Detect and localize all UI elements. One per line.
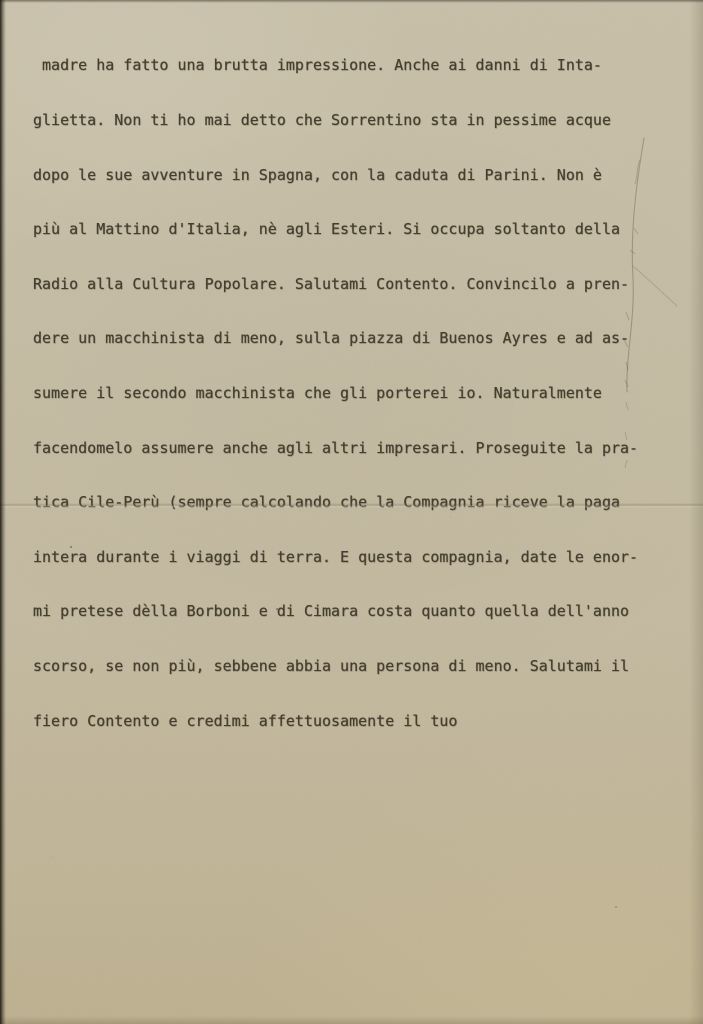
typed-line: glietta. Non ti ho mai detto che Sorrent… bbox=[33, 111, 638, 129]
typed-line: facendomelo assumere anche agli altri im… bbox=[33, 439, 638, 457]
typed-line: fiero Contento e credimi affettuosamente… bbox=[33, 712, 638, 730]
typed-line: scorso, se non più, sebbene abbia una pe… bbox=[33, 657, 638, 675]
typed-line: mi pretese dèlla Borboni e di Cimara cos… bbox=[33, 602, 638, 620]
paper-specks bbox=[70, 546, 72, 548]
letter-page: madre ha fatto una brutta impressione. A… bbox=[0, 0, 703, 1024]
horizontal-fold-crease bbox=[0, 503, 703, 508]
typewritten-text-block: madre ha fatto una brutta impressione. A… bbox=[33, 20, 638, 766]
paper-right-edge-shading bbox=[689, 0, 703, 1024]
paper-bottom-edge-shading bbox=[0, 1016, 703, 1024]
typed-line: Radio alla Cultura Popolare. Salutami Co… bbox=[33, 275, 638, 293]
paper-left-edge-shadow bbox=[0, 0, 6, 1024]
typed-line: sumere il secondo macchinista che gli po… bbox=[33, 384, 638, 402]
typed-line: dere un macchinista di meno, sulla piazz… bbox=[33, 329, 638, 347]
typed-line: intera durante i viaggi di terra. E ques… bbox=[33, 548, 638, 566]
paper-top-edge-shadow bbox=[0, 0, 703, 3]
typed-line: madre ha fatto una brutta impressione. A… bbox=[33, 56, 638, 74]
typed-line: dopo le sue avventure in Spagna, con la … bbox=[33, 166, 638, 184]
typed-line: più al Mattino d'Italia, nè agli Esteri.… bbox=[33, 220, 638, 238]
